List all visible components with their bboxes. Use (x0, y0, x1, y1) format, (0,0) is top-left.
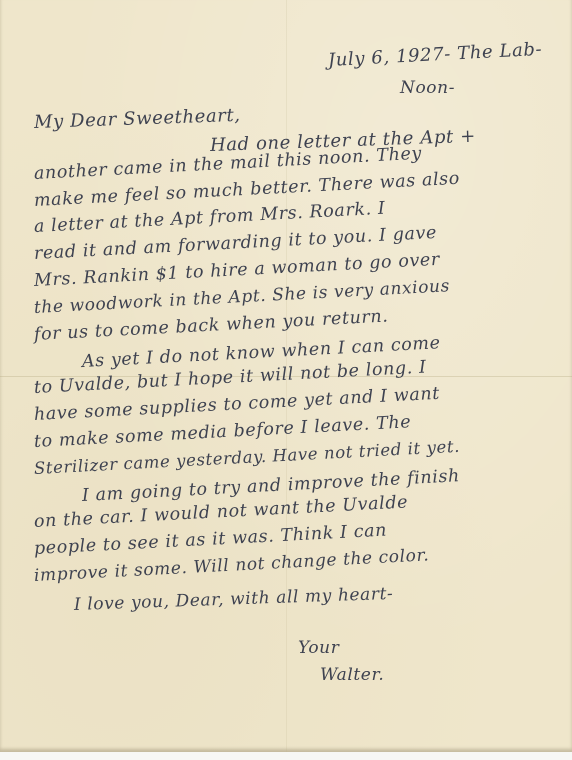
scan-margin (0, 752, 572, 760)
letter-salutation: My Dear Sweetheart, (34, 105, 241, 133)
letter-time: Noon- (400, 78, 455, 98)
letter-closing: Your (298, 638, 339, 658)
letter-signature: Walter. (320, 665, 384, 685)
letter-dateline: July 6, 1927- The Lab- (327, 39, 542, 71)
letter-page: July 6, 1927- The Lab- Noon- My Dear Swe… (0, 0, 572, 752)
letter-line: I love you, Dear, with all my heart- (74, 584, 394, 615)
